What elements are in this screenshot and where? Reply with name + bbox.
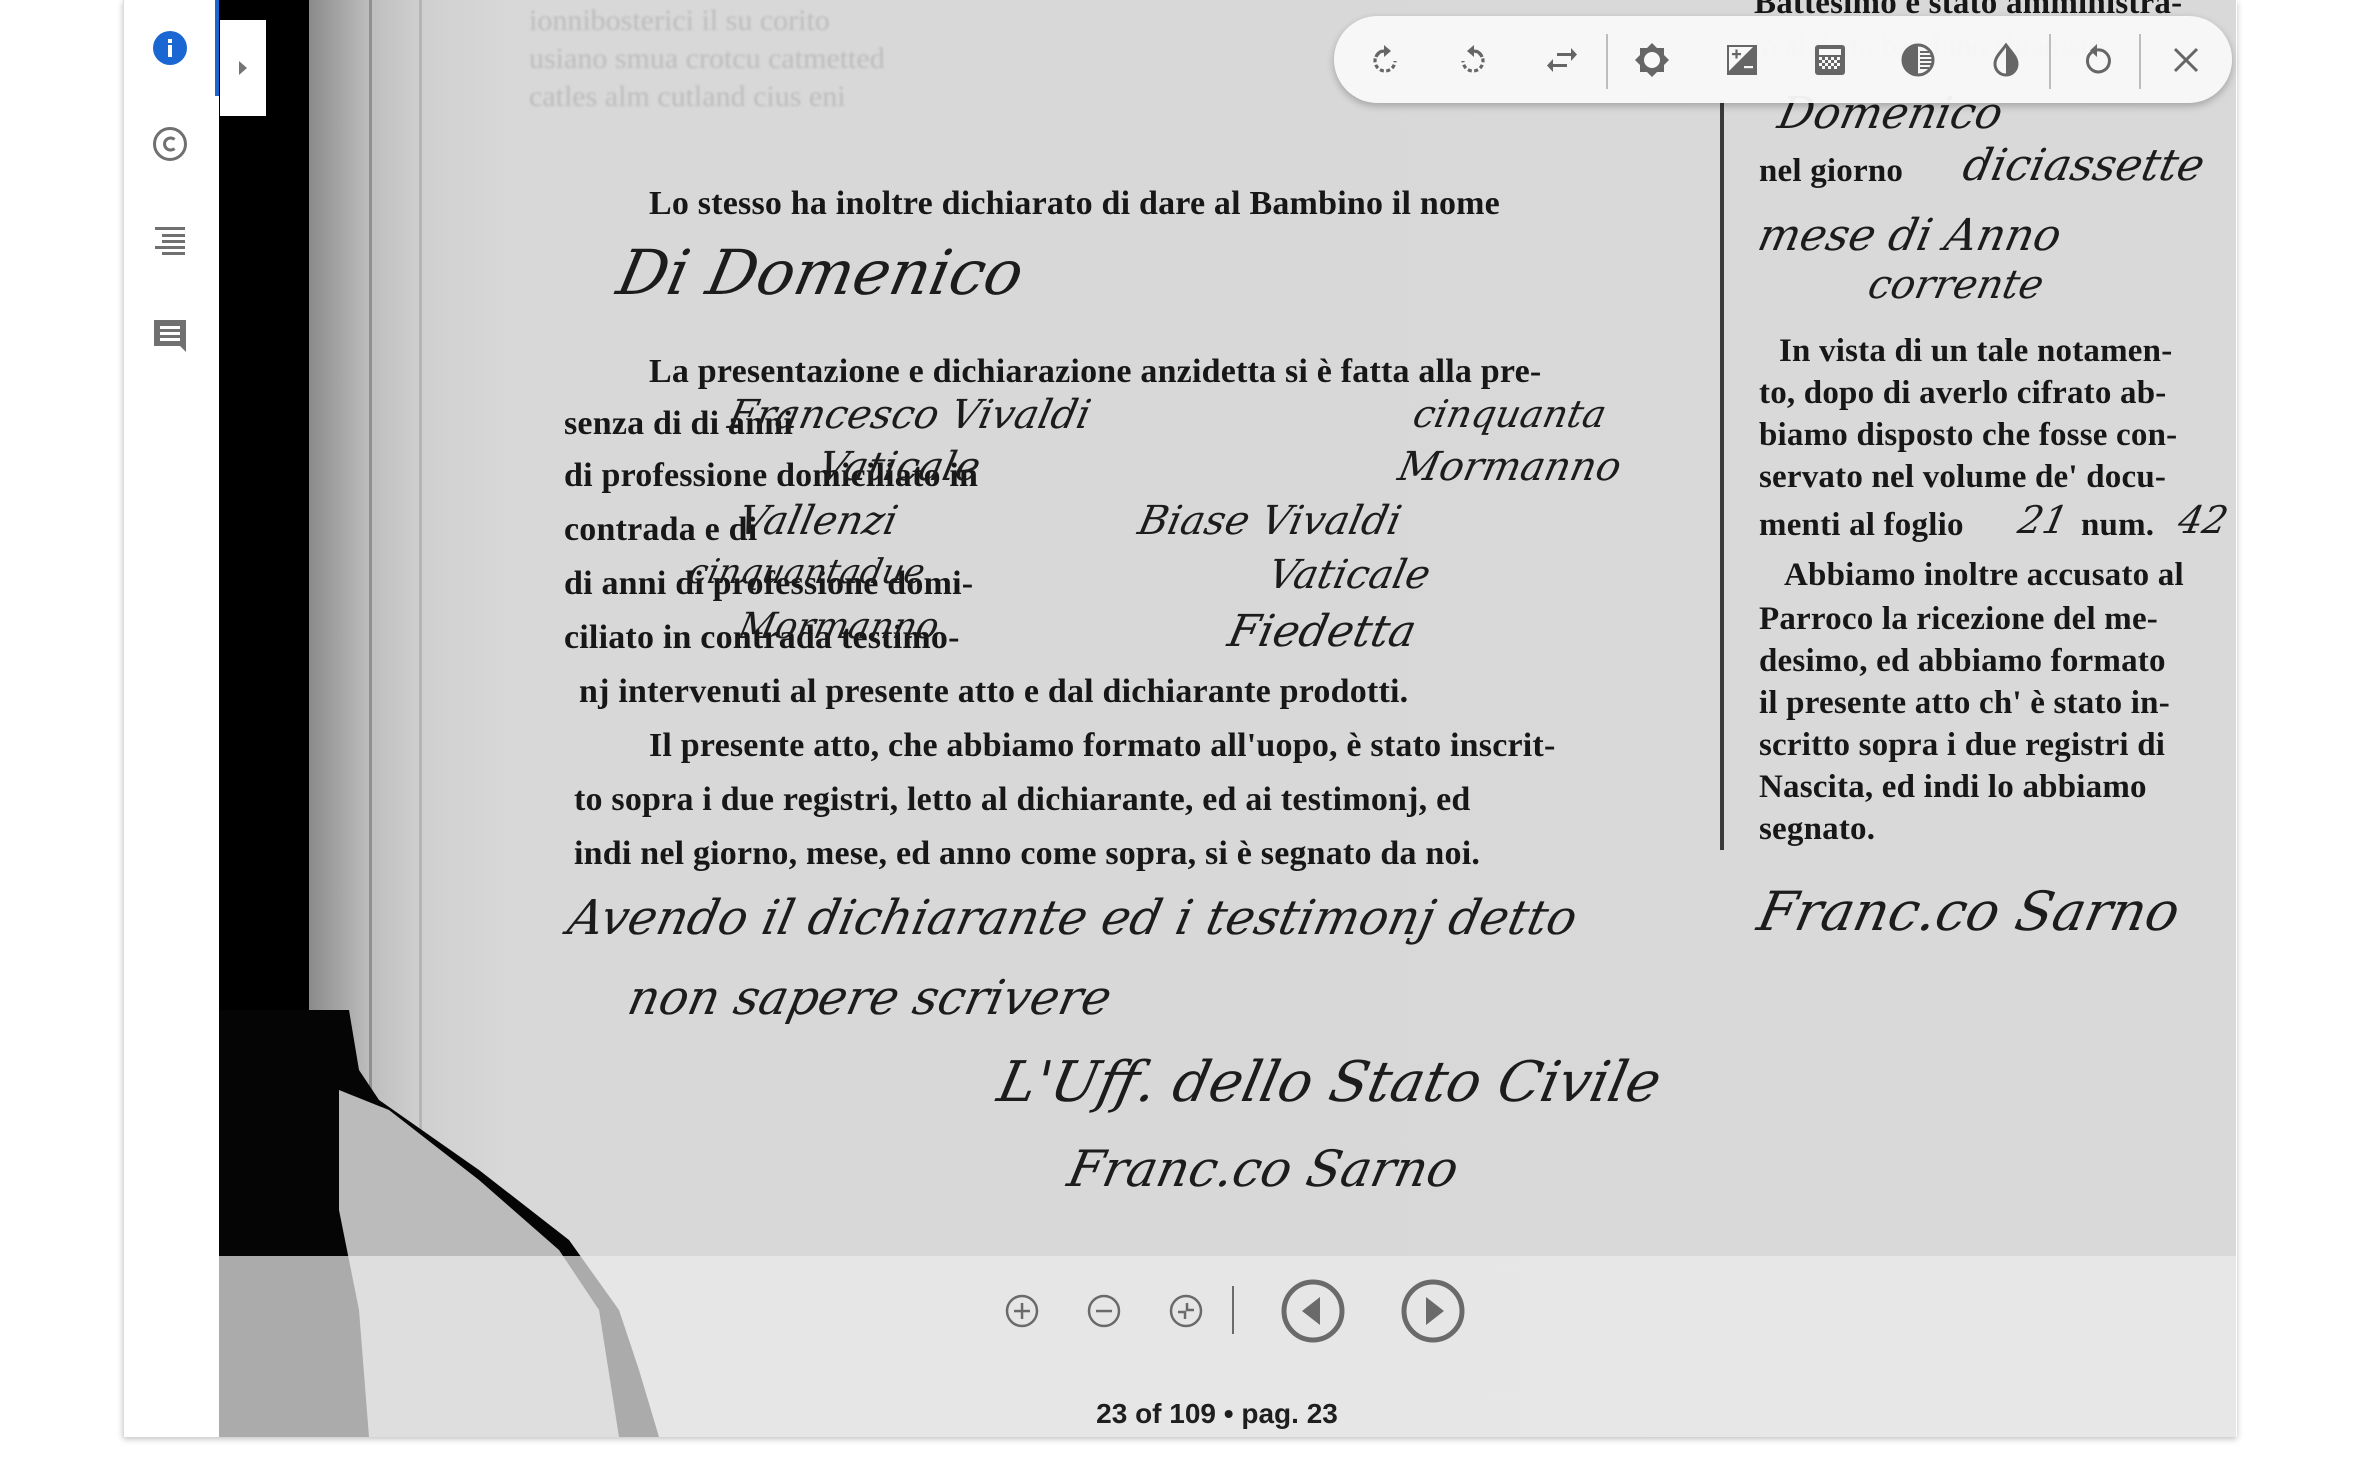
handwritten-contrada: Vallenzi <box>734 498 902 544</box>
grain-button[interactable] <box>1806 36 1854 84</box>
printed-line: La presentazione e dichiarazione anzidet… <box>649 346 1541 398</box>
handwritten-contrada: Fiedetta <box>1224 606 1421 657</box>
printed-line: nj intervenuti al presente atto e dal di… <box>579 666 1408 718</box>
flip-button[interactable] <box>1538 36 1586 84</box>
control-separator <box>1232 1286 1234 1334</box>
sidebar-item-info[interactable] <box>124 0 215 96</box>
printed-line: nel giorno <box>1759 150 1903 192</box>
comment-icon <box>152 318 188 354</box>
printed-line: Il presente atto, che abbiamo formato al… <box>649 720 1555 772</box>
image-viewer[interactable]: ionnibosterici il su corito usiano smua … <box>219 0 2236 1437</box>
info-icon <box>152 30 188 66</box>
sidebar-item-index[interactable] <box>124 192 215 288</box>
rotate-right-icon <box>1368 43 1402 77</box>
bottom-controls: 23 of 109 • pag. 23 <box>219 1256 2236 1437</box>
brightness-icon <box>1634 42 1670 78</box>
reset-icon <box>2080 43 2114 77</box>
handwritten-day: diciassette <box>1959 140 2210 191</box>
grain-icon <box>1815 45 1845 75</box>
handwritten-month: mese di Anno <box>1754 210 2066 261</box>
handwritten-profession: Vaticale <box>814 444 984 490</box>
zoom-out-button[interactable] <box>1079 1286 1129 1336</box>
exposure-icon <box>1727 45 1757 75</box>
page-indicator: 23 of 109 • pag. 23 <box>219 1398 2215 1430</box>
handwritten-year: corrente <box>1864 262 2048 308</box>
zoom-out-icon <box>1087 1294 1121 1328</box>
handwritten-age: cinquanta <box>1409 392 1610 436</box>
expand-panel-button[interactable] <box>220 20 266 116</box>
brightness-button[interactable] <box>1628 36 1676 84</box>
sidebar-item-comments[interactable] <box>124 288 215 384</box>
handwritten-folio: 21 <box>2014 498 2072 542</box>
handwritten-witness1: Francesco Vivaldi <box>724 392 1095 438</box>
swap-horizontal-icon <box>1545 43 1579 77</box>
printed-line: contrada e di <box>564 504 757 556</box>
zoom-in-icon <box>1005 1294 1039 1328</box>
contrast-button[interactable] <box>1894 36 1942 84</box>
handwritten-domicile: Mormanno <box>1394 444 1625 490</box>
toolbar-separator <box>2139 34 2141 89</box>
bleed-text: catles alm cutland cius eni <box>529 80 846 114</box>
printed-line: scritto sopra i due registri di <box>1759 724 2165 766</box>
next-page-button[interactable] <box>1398 1276 1468 1346</box>
invert-button[interactable] <box>1982 36 2030 84</box>
exposure-button[interactable] <box>1718 36 1766 84</box>
column-divider <box>1720 100 1724 850</box>
list-indent-icon <box>153 223 187 257</box>
printed-line: biamo disposto che fosse con- <box>1759 414 2177 456</box>
rotate-left-icon <box>1456 43 1490 77</box>
close-button[interactable] <box>2162 36 2210 84</box>
copyright-icon <box>152 126 188 162</box>
sidebar-item-rights[interactable] <box>124 96 215 192</box>
printed-line: segnato. <box>1759 808 1875 850</box>
document-scan: ionnibosterici il su corito usiano smua … <box>219 0 2236 1437</box>
handwritten-profession: Vaticale <box>1264 552 1434 598</box>
handwritten-domicile: Mormanno <box>735 606 943 647</box>
printed-line: Abbiamo inoltre accusato al <box>1784 554 2184 596</box>
handwritten-num: 42 <box>2174 498 2232 542</box>
officer-title: L'Uff. dello Stato Civile <box>992 1050 1667 1115</box>
handwritten-name: Di Domenico <box>611 236 1030 309</box>
printed-line: to, dopo di averlo cifrato ab- <box>1759 372 2166 414</box>
fit-screen-button[interactable] <box>1161 1286 1211 1336</box>
printed-line: Nascita, ed indi lo abbiamo <box>1759 766 2147 808</box>
rotate-left-button[interactable] <box>1449 36 1497 84</box>
handwritten-witness2: Biase Vivaldi <box>1134 498 1405 544</box>
bleed-text: ionnibosterici il su corito <box>529 4 830 38</box>
toolbar-separator <box>1606 34 1608 89</box>
previous-page-button[interactable] <box>1278 1276 1348 1346</box>
fit-screen-icon <box>1169 1294 1203 1328</box>
printed-line: Parroco la ricezione del me- <box>1759 598 2158 640</box>
zoom-in-button[interactable] <box>997 1286 1047 1336</box>
chevron-right-icon <box>236 58 250 78</box>
reset-button[interactable] <box>2073 36 2121 84</box>
officer-signature: Franc.co Sarno <box>1063 1140 1464 1198</box>
printed-line: il presente atto ch' è stato in- <box>1759 682 2170 724</box>
sidebar <box>123 0 218 1437</box>
invert-colors-icon <box>1991 43 2021 77</box>
printed-line: to sopra i due registri, letto al dichia… <box>574 774 1470 826</box>
printed-label: num. <box>2081 504 2154 546</box>
printed-line: menti al foglio <box>1759 504 1964 546</box>
printed-line: Lo stesso ha inoltre dichiarato di dare … <box>649 178 1500 230</box>
rotate-right-button[interactable] <box>1361 36 1409 84</box>
image-toolbar <box>1334 16 2232 103</box>
close-icon <box>2172 46 2200 74</box>
contrast-icon <box>1901 43 1935 77</box>
next-page-icon <box>1400 1278 1466 1344</box>
signature: Franc.co Sarno <box>1752 880 2185 943</box>
bleed-text: usiano smua crotcu catmetted <box>529 42 885 76</box>
toolbar-separator <box>2049 34 2051 89</box>
printed-line: servato nel volume de' docu- <box>1759 456 2166 498</box>
previous-page-icon <box>1280 1278 1346 1344</box>
handwritten-note: Avendo il dichiarante ed i testimonj det… <box>563 890 1582 946</box>
handwritten-age: cinquantadue <box>685 552 929 592</box>
printed-line: indi nel giorno, mese, ed anno come sopr… <box>574 828 1480 880</box>
printed-line: In vista di un tale notamen- <box>1779 330 2172 372</box>
printed-line: desimo, ed abbiamo formato <box>1759 640 2166 682</box>
